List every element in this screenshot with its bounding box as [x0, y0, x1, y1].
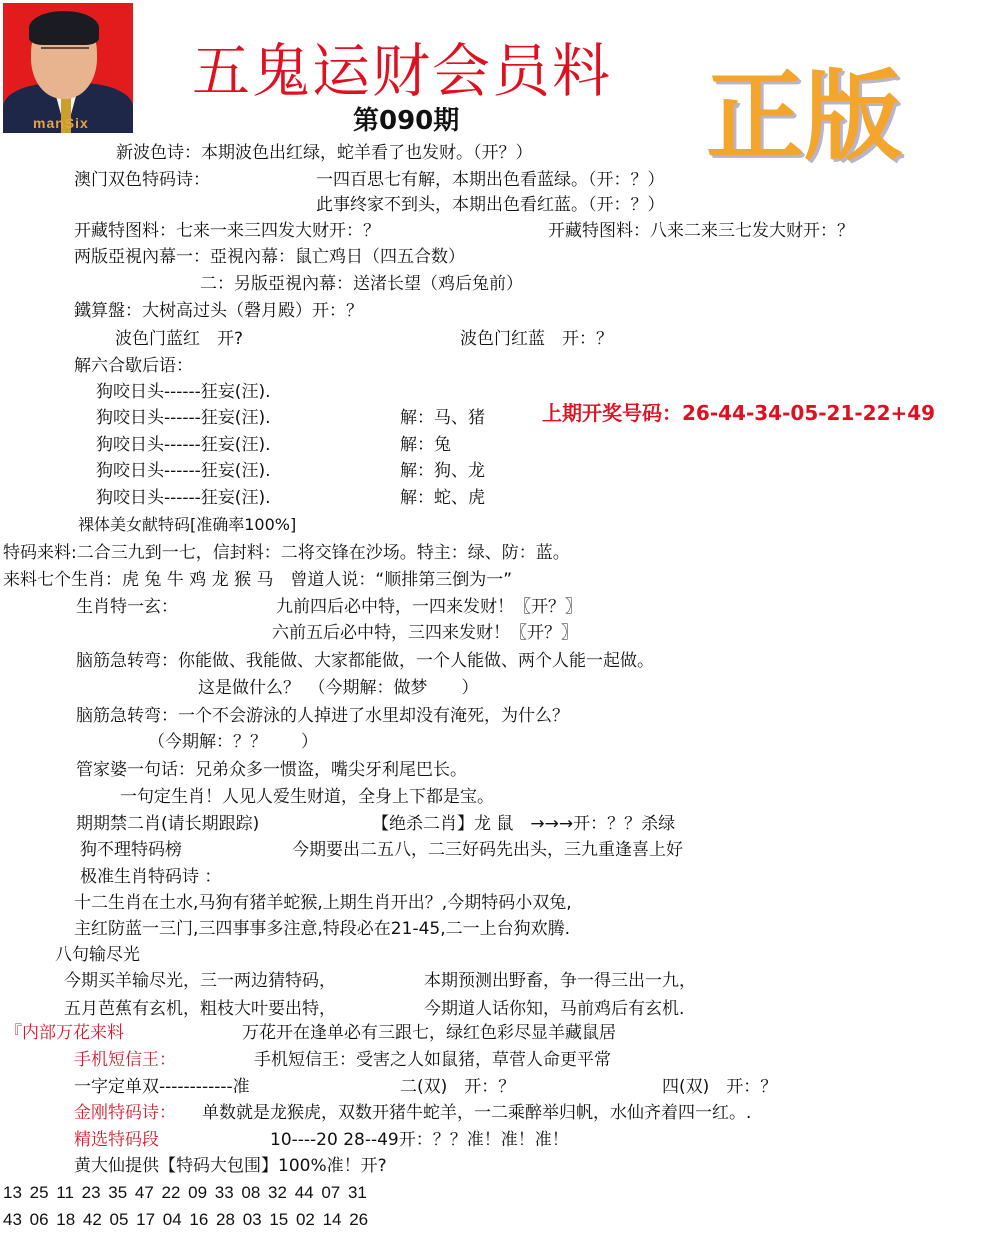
iron-abacus: 鐵算盤：大树高过头（磬月殿）开：？ [74, 300, 363, 322]
macau-poem-label: 澳门双色特码诗： [74, 169, 210, 191]
photo-hair [29, 11, 99, 45]
selected-range-text: 10----20 28--49开：？？准！准！准！ [270, 1129, 569, 1151]
wave-gate-blue-red: 波色门蓝红 开? [115, 328, 243, 350]
brain-teaser-1: 脑筋急转弯：你能做、我能做、大家都能做，一个人能做、两个人能一起做。 [76, 650, 654, 672]
kill-two-zodiacs: 【绝杀二肖】龙 鼠 →→→开：？？杀绿 [372, 813, 675, 835]
odd-even-pick-2: 四(双) 开：？ [662, 1076, 777, 1098]
eight-lines-1b: 本期预测出野畜，争一得三出一九， [424, 970, 696, 992]
riddle-line: 狗咬日头------狂妄(汪). [96, 487, 270, 509]
eight-lines-heading: 八句输尽光 [55, 944, 140, 966]
photo-glasses [41, 47, 89, 57]
king-kong-text: 单数就是龙猴虎，双数开猪牛蛇羊，一二乘醉举归帆，水仙齐着四一红。. [202, 1102, 751, 1124]
atv-insider-1: 两版亞視內幕一：亞視內幕：鼠亡鸡日（四五合数） [74, 246, 465, 268]
zodiac-mystery-label: 生肖特一玄： [76, 596, 178, 618]
sms-king-text: 手机短信王：受害之人如鼠猪，草菅人命更平常 [254, 1049, 611, 1071]
photo-logo: manSix [33, 115, 89, 131]
atv-insider-2: 二：另版亞視內幕：送渚长望（鸡后兔前） [200, 273, 523, 295]
goubuli-text: 今期要出二五八，二三好码先出头，三九重逢喜上好 [292, 839, 683, 861]
wong-tai-sin-offer: 黄大仙提供【特码大包围】100%准！开? [74, 1155, 387, 1177]
seven-zodiacs: 来料七个生肖：虎 兔 牛 鸡 龙 猴 马 曾道人说：“顺排第三倒为一” [3, 569, 512, 591]
portrait-photo: manSix [3, 3, 133, 133]
wave-color-poem: 新波色诗：本期波色出红绿，蛇羊看了也发财。（开？） [116, 142, 533, 164]
zodiac-mystery-line2: 六前五后必中特，三四来发财！〖开？〗 [272, 622, 578, 644]
riddle-answer: 解：兔 [400, 434, 451, 456]
brain-teaser-2: 脑筋急转弯：一个不会游泳的人掉进了水里却没有淹死，为什么？ [76, 705, 569, 727]
eight-lines-2b: 今期道人话你知，马前鸡后有玄机. [424, 998, 684, 1020]
riddle-line: 狗咬日头------狂妄(汪). [96, 407, 270, 429]
ban-two-zodiacs-label: 期期禁二肖(请长期跟踪) [76, 813, 259, 835]
macau-poem-line1: 一四百思七有解，本期出色看蓝绿。（开：？） [316, 169, 665, 191]
macau-poem-line2: 此事终家不到头，本期出色看红蓝。（开：？） [316, 194, 665, 216]
sms-king-label: 手机短信王： [74, 1049, 176, 1071]
odd-even-label: 一字定单双------------准 [74, 1076, 250, 1098]
last-draw-numbers: 上期开奖号码：26-44-34-05-21-22+49 [542, 400, 935, 426]
goubuli-label: 狗不理特码榜 [80, 839, 182, 861]
eight-lines-1a: 今期买羊输尽光，三一两边猜特码， [64, 970, 336, 992]
riddle-answer: 解：狗、龙 [400, 460, 485, 482]
brain-teaser-2-answer: （今期解：？？ ） [148, 731, 318, 753]
number-row-2: 43 06 18 42 05 17 04 16 28 03 15 02 14 2… [3, 1209, 368, 1231]
internal-flower-label: 『内部万花来料 [5, 1022, 124, 1044]
hidden-chart-a: 开藏特图料：七来一来三四发大财开：？ [74, 220, 380, 242]
wave-gate-red-blue: 波色门红蓝 开：？ [460, 328, 613, 350]
issue-number: 第090期 [353, 106, 459, 136]
king-kong-label: 金刚特码诗： [74, 1102, 176, 1124]
riddle-line: 狗咬日头------狂妄(汪). [96, 434, 270, 456]
zodiac-poem-line1: 十二生肖在土水,马狗有猪羊蛇猴,上期生肖开出？,今期特码小双兔, [74, 892, 572, 914]
riddle-line: 狗咬日头------狂妄(汪). [96, 460, 270, 482]
one-line-zodiac: 一句定生肖！人见人爱生财道，全身上下都是宝。 [120, 786, 494, 808]
odd-even-pick-1: 二(双) 开：？ [400, 1076, 515, 1098]
riddle-answer: 解：马、猪 [400, 407, 485, 429]
brain-teaser-1-answer: 这是做什么？ （今期解：做梦 ） [198, 677, 479, 699]
page-title: 五鬼运财会员料 [192, 38, 612, 104]
zodiac-poem-line2: 主红防蓝一三门,三四事事多注意,特段必在21-45,二一上台狗欢腾. [74, 918, 570, 940]
hidden-chart-b: 开藏特图料：八来二来三七发大财开：？ [548, 220, 854, 242]
selected-range-label: 精选特码段 [74, 1129, 159, 1151]
eight-lines-2a: 五月芭蕉有玄机，粗枝大叶要出特， [64, 998, 336, 1020]
nude-beauty-code: 裸体美女献特码[准确率100%] [78, 514, 296, 536]
zodiac-poem-heading: 极准生肖特码诗 ： [80, 866, 221, 888]
riddle-answer: 解：蛇、虎 [400, 487, 485, 509]
housekeeper-quote: 管家婆一句话：兄弟众多一惯盗，嘴尖牙利尾巴长。 [76, 759, 467, 781]
zodiac-mystery-line1: 九前四后必中特，一四来发财！〖开？〗 [276, 596, 582, 618]
riddle-line: 狗咬日头------狂妄(汪). [96, 381, 270, 403]
internal-flower-text: 万花开在逢单必有三跟七，绿红色彩尽显羊藏鼠居 [242, 1022, 616, 1044]
riddle-heading: 解六合歇后语： [74, 355, 193, 377]
number-row-1: 13 25 11 23 35 47 22 09 33 08 32 44 07 3… [3, 1182, 367, 1204]
special-code-material: 特码来料:二合三九到一七，信封料：二将交锋在沙场。特主：绿、防：蓝。 [3, 542, 570, 564]
authentic-badge: 正版 [706, 62, 902, 172]
